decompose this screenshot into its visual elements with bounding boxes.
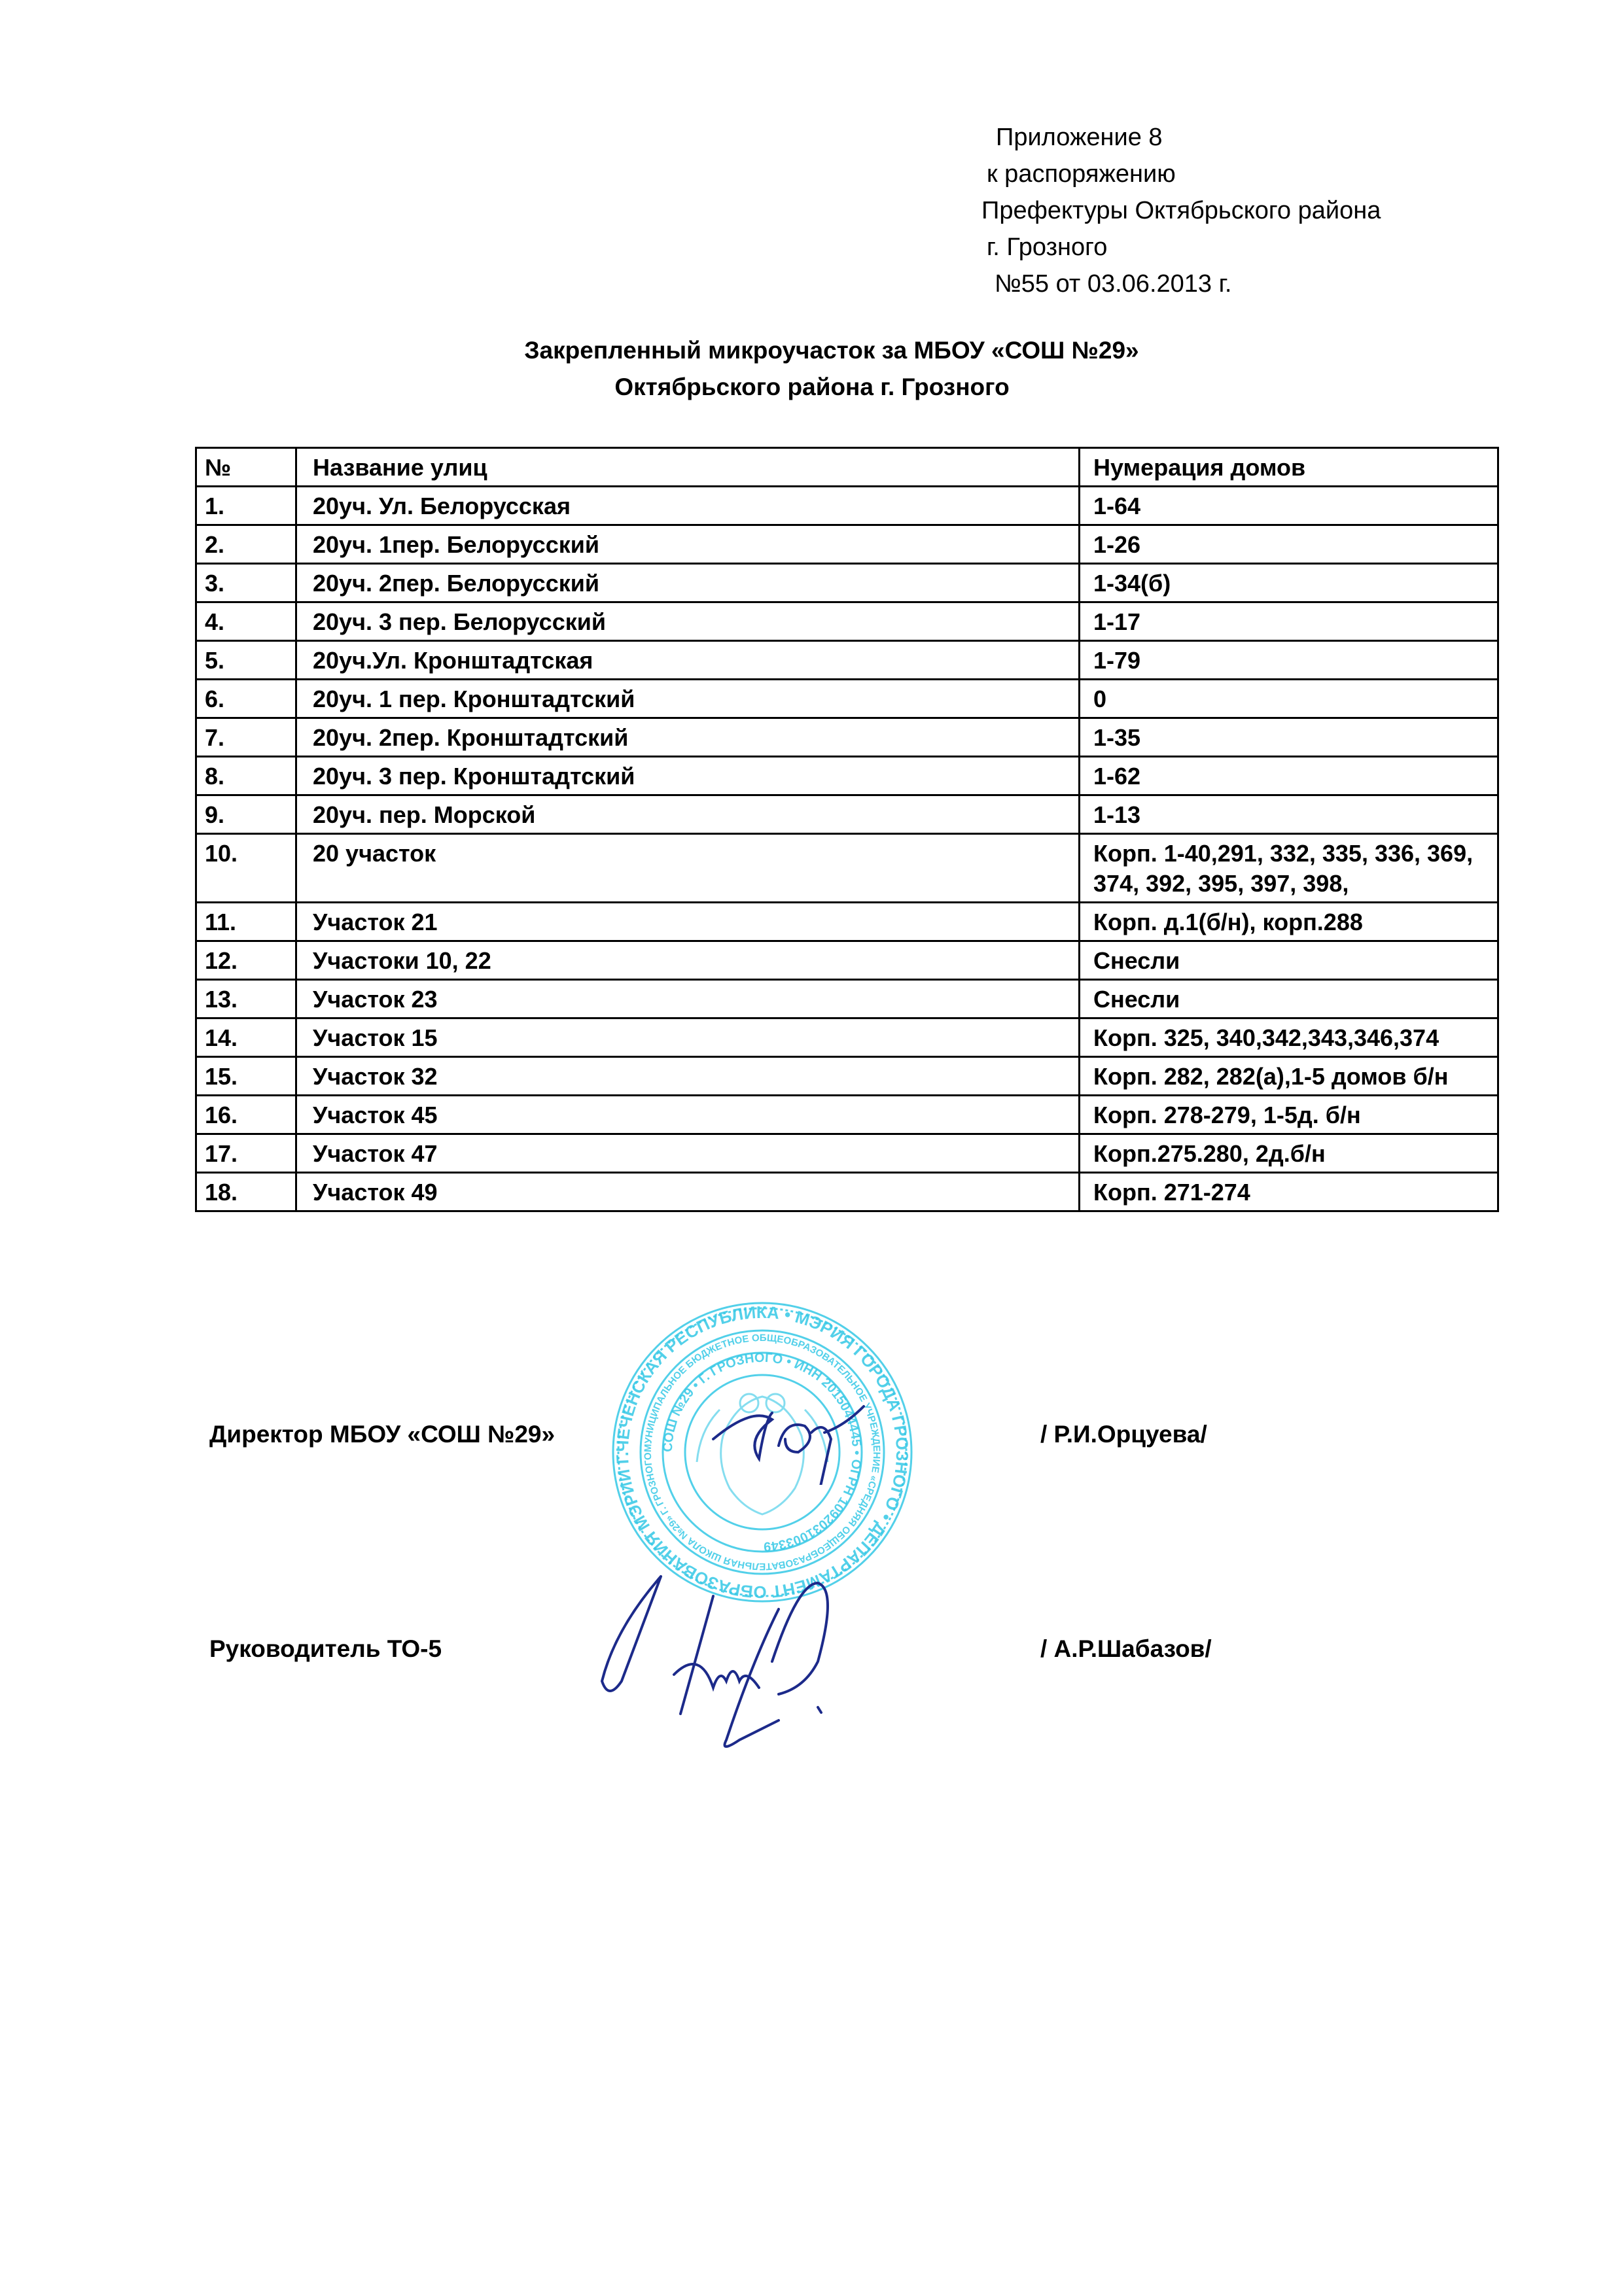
row-number: 8. bbox=[196, 757, 296, 795]
attachment-header: Приложение 8 к распоряжению Префектуры О… bbox=[981, 119, 1381, 302]
title-line-2: Октябрьского района г. Грозного bbox=[0, 369, 1624, 406]
attachment-line: Приложение 8 bbox=[981, 119, 1381, 156]
row-number: 2. bbox=[196, 525, 296, 564]
row-houses: 1-13 bbox=[1080, 795, 1498, 834]
row-number: 16. bbox=[196, 1096, 296, 1134]
table-row: 5.20уч.Ул. Кронштадтская1-79 bbox=[196, 641, 1498, 680]
row-number: 1. bbox=[196, 487, 296, 525]
row-street: Участоки 10, 22 bbox=[296, 941, 1080, 980]
table-row: 8.20уч. 3 пер. Кронштадтский1-62 bbox=[196, 757, 1498, 795]
row-houses: 1-79 bbox=[1080, 641, 1498, 680]
row-street: Участок 15 bbox=[296, 1018, 1080, 1057]
title-line-1: Закрепленный микроучасток за МБОУ «СОШ №… bbox=[0, 332, 1624, 369]
table-row: 2.20уч. 1пер. Белорусский1-26 bbox=[196, 525, 1498, 564]
table-row: 16.Участок 45Корп. 278-279, 1-5д. б/н bbox=[196, 1096, 1498, 1134]
table-row: 1.20уч. Ул. Белорусская1-64 bbox=[196, 487, 1498, 525]
table-row: 17.Участок 47Корп.275.280, 2д.б/н bbox=[196, 1134, 1498, 1173]
row-number: 13. bbox=[196, 980, 296, 1018]
table-row: 3.20уч. 2пер. Белорусский1-34(б) bbox=[196, 564, 1498, 602]
row-street: 20уч. 3 пер. Кронштадтский bbox=[296, 757, 1080, 795]
row-street: 20уч. пер. Морской bbox=[296, 795, 1080, 834]
table-row: 15.Участок 32Корп. 282, 282(а),1-5 домов… bbox=[196, 1057, 1498, 1096]
row-street: Участок 49 bbox=[296, 1173, 1080, 1211]
row-street: 20уч.Ул. Кронштадтская bbox=[296, 641, 1080, 680]
table-row: 11.Участок 21Корп. д.1(б/н), корп.288 bbox=[196, 903, 1498, 941]
row-houses: Корп. 282, 282(а),1-5 домов б/н bbox=[1080, 1057, 1498, 1096]
row-number: 6. bbox=[196, 680, 296, 718]
micro-district-table: № Название улиц Нумерация домов 1.20уч. … bbox=[195, 447, 1499, 1212]
row-houses: 1-34(б) bbox=[1080, 564, 1498, 602]
row-number: 17. bbox=[196, 1134, 296, 1173]
row-number: 14. bbox=[196, 1018, 296, 1057]
row-street: 20уч. Ул. Белорусская bbox=[296, 487, 1080, 525]
row-street: Участок 23 bbox=[296, 980, 1080, 1018]
head-signature-icon bbox=[530, 1570, 949, 1753]
row-street: Участок 45 bbox=[296, 1096, 1080, 1134]
head-name: / А.Р.Шабазов/ bbox=[1040, 1635, 1212, 1663]
row-street: Участок 21 bbox=[296, 903, 1080, 941]
row-street: 20уч. 2пер. Белорусский bbox=[296, 564, 1080, 602]
row-houses: 1-62 bbox=[1080, 757, 1498, 795]
row-number: 9. bbox=[196, 795, 296, 834]
row-number: 10. bbox=[196, 834, 296, 903]
table-row: 6.20уч. 1 пер. Кронштадтский0 bbox=[196, 680, 1498, 718]
attachment-line: Префектуры Октябрьского района bbox=[981, 192, 1381, 229]
row-houses: 1-64 bbox=[1080, 487, 1498, 525]
row-street: 20уч. 2пер. Кронштадтский bbox=[296, 718, 1080, 757]
row-number: 4. bbox=[196, 602, 296, 641]
row-houses: Корп. д.1(б/н), корп.288 bbox=[1080, 903, 1498, 941]
header-number: № bbox=[196, 448, 296, 487]
row-street: 20уч. 3 пер. Белорусский bbox=[296, 602, 1080, 641]
row-houses: Корп. 278-279, 1-5д. б/н bbox=[1080, 1096, 1498, 1134]
row-number: 15. bbox=[196, 1057, 296, 1096]
row-houses: Корп. 271-274 bbox=[1080, 1173, 1498, 1211]
row-street: Участок 47 bbox=[296, 1134, 1080, 1173]
document-title: Закрепленный микроучасток за МБОУ «СОШ №… bbox=[0, 332, 1624, 406]
row-houses: 1-17 bbox=[1080, 602, 1498, 641]
row-houses: 0 bbox=[1080, 680, 1498, 718]
table-header-row: № Название улиц Нумерация домов bbox=[196, 448, 1498, 487]
head-role: Руководитель ТО-5 bbox=[209, 1635, 442, 1663]
row-street: 20 участок bbox=[296, 834, 1080, 903]
table-row: 9.20уч. пер. Морской1-13 bbox=[196, 795, 1498, 834]
table-row: 13.Участок 23Снесли bbox=[196, 980, 1498, 1018]
row-number: 18. bbox=[196, 1173, 296, 1211]
director-role: Директор МБОУ «СОШ №29» bbox=[209, 1421, 555, 1448]
attachment-line: г. Грозного bbox=[981, 229, 1381, 266]
row-number: 11. bbox=[196, 903, 296, 941]
row-number: 5. bbox=[196, 641, 296, 680]
row-houses: Корп. 1-40,291, 332, 335, 336, 369, 374,… bbox=[1080, 834, 1498, 903]
row-houses: 1-35 bbox=[1080, 718, 1498, 757]
table-row: 4.20уч. 3 пер. Белорусский1-17 bbox=[196, 602, 1498, 641]
row-houses: Снесли bbox=[1080, 941, 1498, 980]
table-row: 18.Участок 49Корп. 271-274 bbox=[196, 1173, 1498, 1211]
header-street: Название улиц bbox=[296, 448, 1080, 487]
table-row: 12.Участоки 10, 22Снесли bbox=[196, 941, 1498, 980]
table-row: 7.20уч. 2пер. Кронштадтский1-35 bbox=[196, 718, 1498, 757]
row-number: 7. bbox=[196, 718, 296, 757]
row-houses: Корп. 325, 340,342,343,346,374 bbox=[1080, 1018, 1498, 1057]
director-signature-icon bbox=[707, 1393, 877, 1485]
row-houses: Снесли bbox=[1080, 980, 1498, 1018]
row-street: 20уч. 1 пер. Кронштадтский bbox=[296, 680, 1080, 718]
row-number: 3. bbox=[196, 564, 296, 602]
director-name: / Р.И.Орцуева/ bbox=[1040, 1421, 1207, 1448]
row-number: 12. bbox=[196, 941, 296, 980]
row-street: Участок 32 bbox=[296, 1057, 1080, 1096]
row-houses: 1-26 bbox=[1080, 525, 1498, 564]
table-row: 14.Участок 15Корп. 325, 340,342,343,346,… bbox=[196, 1018, 1498, 1057]
row-street: 20уч. 1пер. Белорусский bbox=[296, 525, 1080, 564]
table-row: 10.20 участокКорп. 1-40,291, 332, 335, 3… bbox=[196, 834, 1498, 903]
attachment-line: №55 от 03.06.2013 г. bbox=[981, 266, 1381, 302]
attachment-line: к распоряжению bbox=[981, 156, 1381, 192]
row-houses: Корп.275.280, 2д.б/н bbox=[1080, 1134, 1498, 1173]
header-houses: Нумерация домов bbox=[1080, 448, 1498, 487]
